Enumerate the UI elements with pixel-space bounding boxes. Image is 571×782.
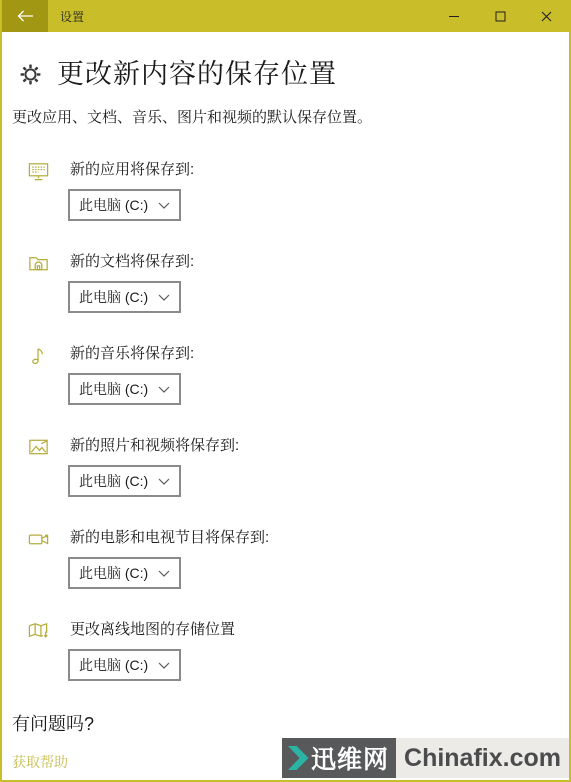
chevron-down-icon [158,570,170,577]
watermark-left-block: 迅维网 [282,738,396,778]
close-button[interactable] [523,0,569,32]
section-offline-maps: 更改离线地图的存储位置 此电脑 (C:) [12,620,559,681]
page-title: 更改新内容的保存位置 [57,56,337,92]
titlebar: 设置 [2,0,569,32]
close-icon [541,11,552,22]
settings-content: 更改新内容的保存位置 更改应用、文档、音乐、图片和视频的默认保存位置。 新的应用… [2,56,569,772]
chevron-down-icon [158,202,170,209]
have-questions-heading: 有问题吗? [12,712,559,736]
documents-drive-select[interactable]: 此电脑 (C:) [68,281,181,313]
section-new-apps: 新的应用将保存到: 此电脑 (C:) [12,160,559,221]
back-button[interactable] [2,0,48,32]
minimize-icon [449,11,459,21]
section-label: 更改离线地图的存储位置 [70,620,235,640]
chevron-down-icon [158,662,170,669]
watermark-right-block: Chinafix.com [396,738,569,778]
section-new-photos-videos: 新的照片和视频将保存到: 此电脑 (C:) [12,436,559,497]
section-label: 新的照片和视频将保存到: [70,436,239,456]
teal-chevron-icon [288,744,309,772]
settings-window: 设置 [0,0,571,782]
watermark-site-name-cn: 迅维网 [311,740,389,776]
gear-icon [19,63,42,86]
window-title: 设置 [60,8,84,25]
section-new-music: 新的音乐将保存到: 此电脑 (C:) [12,344,559,405]
back-arrow-icon [17,10,34,22]
music-note-icon [27,343,50,367]
documents-folder-icon [27,251,50,275]
photos-drive-select[interactable]: 此电脑 (C:) [68,465,181,497]
page-header: 更改新内容的保存位置 [12,56,559,92]
maximize-button[interactable] [477,0,523,32]
photos-icon [27,435,50,459]
caption-buttons [431,0,569,32]
section-label: 新的文档将保存到: [70,252,194,272]
maps-drive-select[interactable]: 此电脑 (C:) [68,649,181,681]
minimize-button[interactable] [431,0,477,32]
chevron-down-icon [158,294,170,301]
maximize-icon [495,11,506,22]
get-help-link[interactable]: 获取帮助 [12,752,68,772]
watermark-site-name-en: Chinafix.com [404,744,561,773]
movies-drive-select[interactable]: 此电脑 (C:) [68,557,181,589]
apps-drive-select[interactable]: 此电脑 (C:) [68,189,181,221]
section-new-documents: 新的文档将保存到: 此电脑 (C:) [12,252,559,313]
save-location-sections: 新的应用将保存到: 此电脑 (C:) [12,160,559,681]
section-label: 新的音乐将保存到: [70,344,194,364]
chevron-down-icon [158,386,170,393]
section-label: 新的电影和电视节目将保存到: [70,528,269,548]
chinafix-watermark: 迅维网 Chinafix.com [282,738,569,778]
section-new-movies-tv: 新的电影和电视节目将保存到: 此电脑 (C:) [12,528,559,589]
offline-map-icon [27,619,50,643]
section-label: 新的应用将保存到: [70,160,194,180]
music-drive-select[interactable]: 此电脑 (C:) [68,373,181,405]
video-camera-icon [27,527,50,551]
apps-monitor-icon [27,159,50,183]
chevron-down-icon [158,478,170,485]
page-subtitle: 更改应用、文档、音乐、图片和视频的默认保存位置。 [12,108,559,128]
